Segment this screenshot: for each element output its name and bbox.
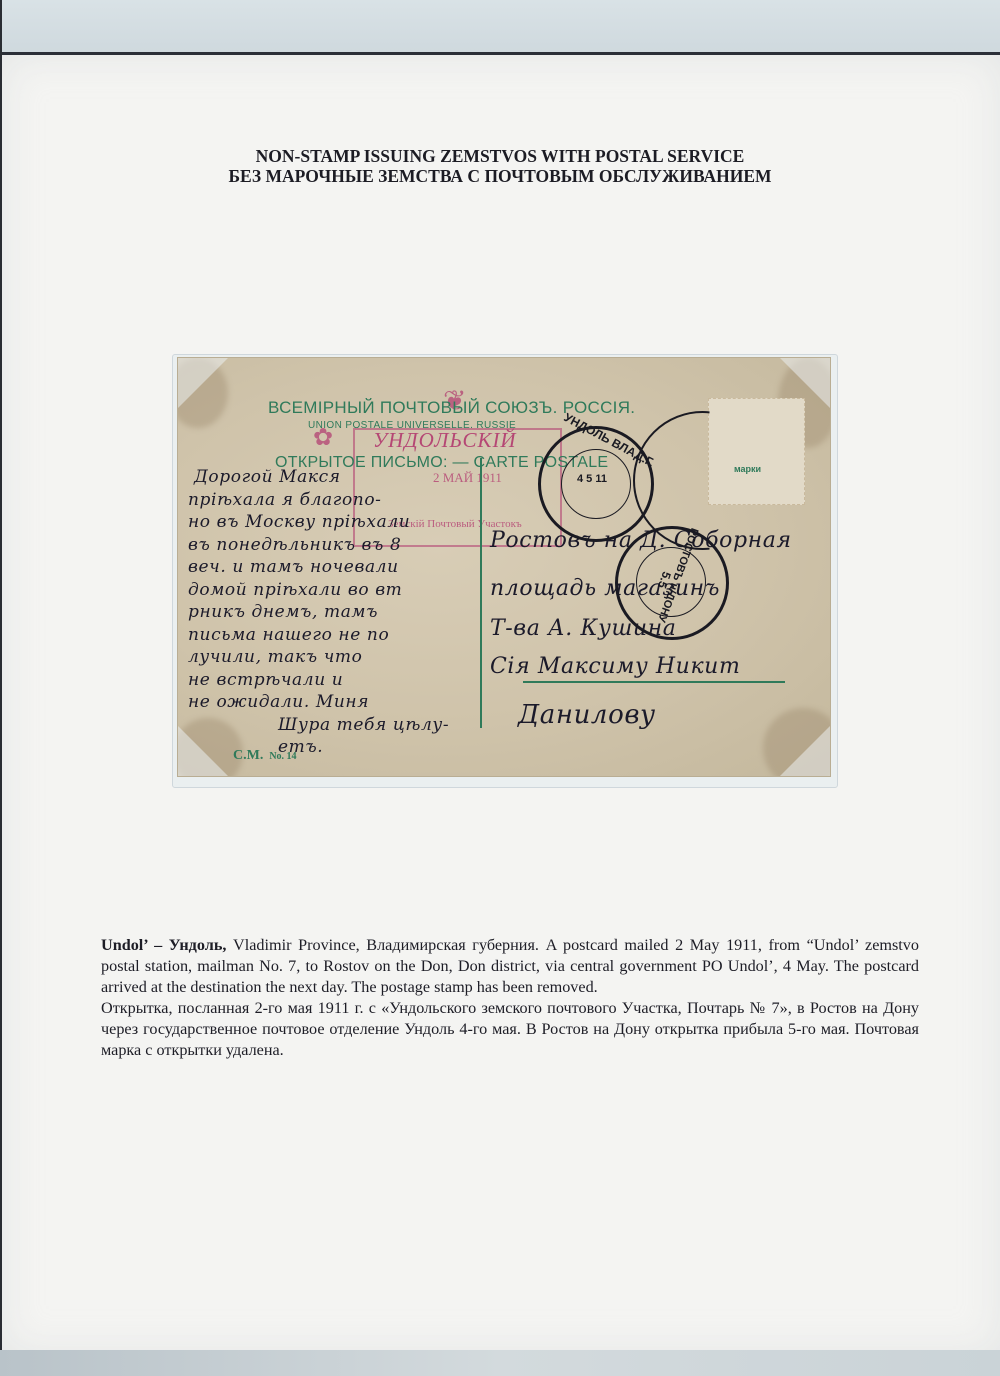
address-line-4: Сія Максиму Никит [490, 654, 740, 679]
removed-stamp-area [708, 398, 805, 505]
scan-bottom-edge [0, 1350, 1000, 1376]
stamp-box-label: марки [734, 464, 761, 474]
address-line [523, 681, 785, 683]
scan-top-edge [0, 0, 1000, 52]
description-russian: Открытка, посланная 2-го мая 1911 г. с «… [101, 998, 919, 1061]
page-title-russian: БЕЗ МАРОЧНЫЕ ЗЕМСТВА С ПОЧТОВЫМ ОБСЛУЖИВ… [0, 166, 1000, 186]
message-line: Дорогой Макся [194, 466, 449, 489]
message-line: веч. и тамъ ночевали [188, 556, 449, 579]
message-line: въ понедѣльникъ въ 8 [188, 534, 449, 557]
rostov-don-postmark: РОСТОВЪ н/ДОНУ 5.5 [615, 526, 729, 640]
page-title-english: NON-STAMP ISSUING ZEMSTVOS WITH POSTAL S… [0, 146, 1000, 166]
message-line: лучили, такъ что [188, 646, 449, 669]
postcard-image: ❦ ✿ УНДОЛЬСКІЙ 2 МАЙ 1911 Земскій Почтов… [178, 358, 830, 776]
description: Undol’ – Ундоль, Vladimir Province, Влад… [101, 935, 919, 1061]
description-english: Undol’ – Ундоль, Vladimir Province, Влад… [101, 935, 919, 998]
message-line: домой прiѣхали во вт [188, 579, 449, 602]
message-line: Шура тебя цѣлу- [278, 714, 449, 737]
message-line: не встрѣчали и [188, 669, 449, 692]
message-line: письма нашего не по [188, 624, 449, 647]
message-line: не ожидали. Миня [188, 691, 449, 714]
address-line-5: Данилову [518, 700, 656, 730]
description-lead: Undol’ – Ундоль, [101, 936, 226, 954]
handwritten-message: Дорогой Максяпрiѣхала я благопо-но въ Мо… [188, 466, 449, 759]
message-line: рникъ днемъ, тамъ [188, 601, 449, 624]
printed-header-french: UNION POSTALE UNIVERSELLE. RUSSIE [308, 420, 516, 431]
message-divider [480, 458, 482, 728]
postmark-date: 4 5 11 [577, 473, 607, 485]
page-heading: NON-STAMP ISSUING ZEMSTVOS WITH POSTAL S… [0, 146, 1000, 186]
zemstvo-cachet-name: УНДОЛЬСКІЙ [373, 428, 517, 453]
printed-header-russian: ВСЕМІРНЫЙ ПОЧТОВЫЙ СОЮЗЪ. РОССІЯ. [268, 398, 635, 418]
message-line: етъ. [278, 736, 449, 759]
message-line: прiѣхала я благопо- [188, 489, 449, 512]
message-line: но въ Москву прiѣхали [188, 511, 449, 534]
